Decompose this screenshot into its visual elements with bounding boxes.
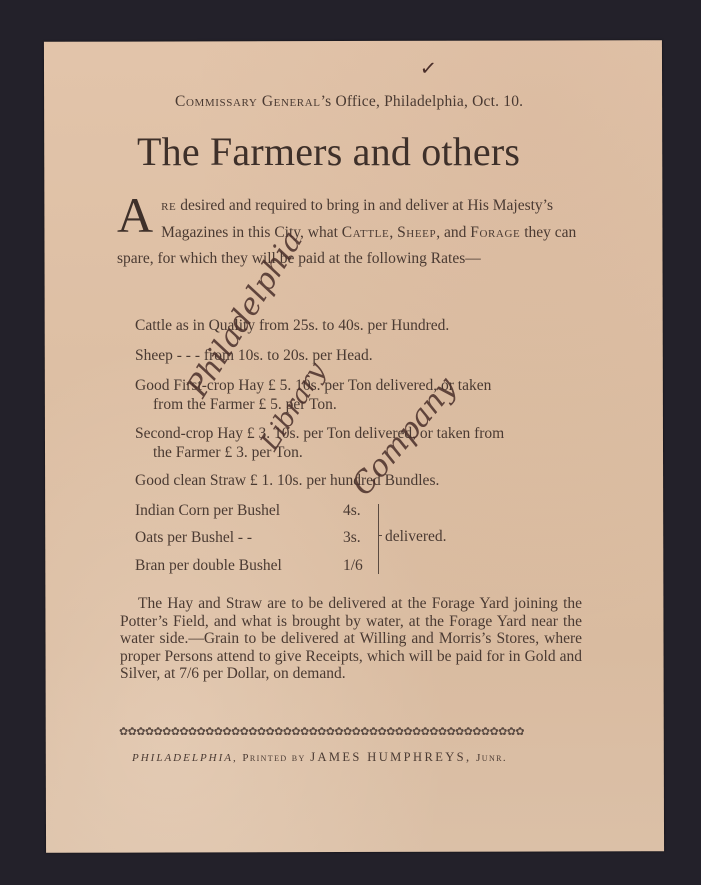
grain-label: Bran per double Bushel	[135, 557, 282, 574]
intro-comma: ,	[389, 224, 397, 241]
grain-label: Oats per Bushel - -	[135, 529, 252, 546]
ornament-rule: ✿✿✿✿✿✿✿✿✿✿✿✿✿✿✿✿✿✿✿✿✿✿✿✿✿✿✿✿✿✿✿✿✿✿✿✿✿✿✿✿…	[119, 726, 581, 738]
imprint-printed-by: Printed by	[242, 752, 305, 764]
grain-price: 1/6	[343, 557, 363, 575]
dateline-office: Commissary General	[175, 93, 321, 110]
intro-forage: Forage	[470, 224, 520, 241]
imprint-printer: JAMES HUMPHREYS,	[310, 750, 471, 764]
imprint-line: PHILADELPHIA, Printed by JAMES HUMPHREYS…	[132, 750, 507, 765]
rate-cattle: Cattle as in Quality from 25s. to 40s. p…	[135, 317, 449, 335]
dateline-rest: ’s Office, Philadelphia, Oct. 10.	[321, 93, 524, 110]
rate-sheep: Sheep - - - from 10s. to 20s. per Head.	[135, 347, 373, 365]
intro-cattle: Cattle	[342, 224, 390, 241]
intro-text-2: , and	[436, 224, 470, 241]
intro-sheep: Sheep	[397, 224, 436, 241]
grain-row-oats: Oats per Bushel - - 3s.	[135, 529, 375, 547]
page-title: The Farmers and others	[137, 128, 520, 175]
grain-label: Indian Corn per Bushel	[135, 502, 280, 519]
delivered-label: delivered.	[385, 528, 447, 546]
grain-price: 4s.	[343, 502, 361, 520]
grain-row-corn: Indian Corn per Bushel 4s.	[135, 502, 375, 520]
dateline: Commissary General’s Office, Philadelphi…	[175, 93, 523, 111]
brace-tip	[378, 535, 382, 536]
rate-second-crop-hay: Second-crop Hay £ 3. 10s. per Ton delive…	[135, 425, 504, 443]
grain-price: 3s.	[343, 529, 361, 547]
intro-paragraph: Are desired and required to bring in and…	[117, 193, 579, 273]
imprint-suffix: Junr.	[476, 752, 507, 764]
drop-cap: A	[117, 195, 153, 235]
grain-row-bran: Bran per double Bushel 1/6	[135, 557, 375, 575]
brace-bracket	[372, 504, 379, 574]
intro-smallcaps-start: re	[161, 197, 176, 214]
closing-paragraph: The Hay and Straw are to be delivered at…	[120, 595, 582, 683]
check-mark-annotation: ✓	[419, 55, 438, 80]
grain-rates: Indian Corn per Bushel 4s. Oats per Bush…	[135, 498, 475, 588]
imprint-city: PHILADELPHIA,	[132, 752, 238, 764]
